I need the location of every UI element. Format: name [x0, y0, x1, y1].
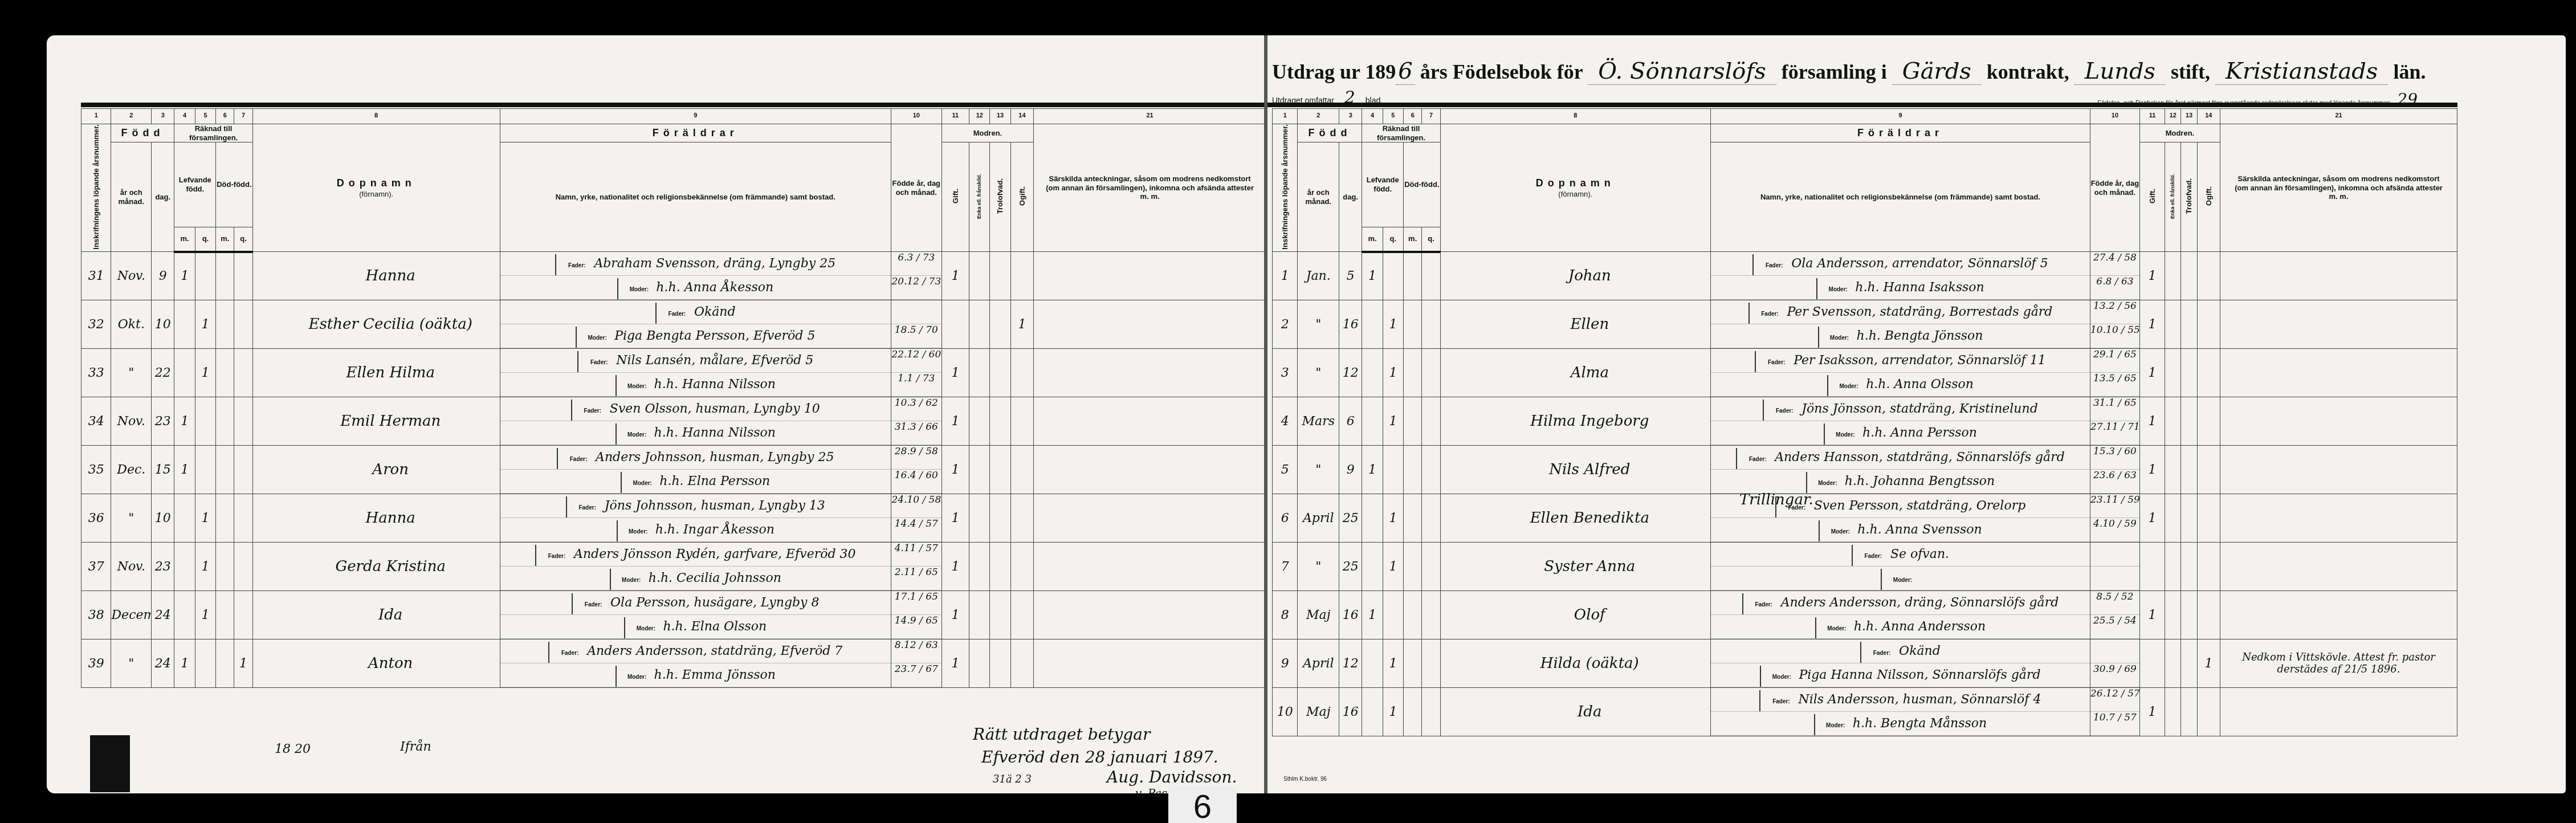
birth-day: 10: [152, 494, 174, 543]
entry-number: 32: [81, 300, 111, 349]
living-female: [1383, 446, 1403, 494]
father-label: Fader:: [1860, 642, 1899, 663]
baptismal-name: Ida: [1440, 688, 1710, 736]
parents: Fader:Ola Persson, husägare, Lyngby 8 Mo…: [500, 591, 891, 639]
mother-dob: 20.12 / 73: [891, 276, 941, 300]
mother-label: Moder:: [621, 472, 659, 494]
birth-day: 10: [152, 300, 174, 349]
mother-married: 1: [2139, 252, 2165, 300]
totals-word: Ifrån: [400, 740, 431, 754]
parents: Fader:Okänd Moder:Piga Bengta Persson, E…: [500, 300, 891, 349]
baptismal-name: Anton: [252, 639, 500, 688]
mother-unmarried: [2197, 252, 2220, 300]
mother: h.h. Hanna Nilsson: [654, 426, 776, 440]
parents: Fader:Anders Hansson, statdräng, Sönnars…: [1710, 446, 2090, 494]
col-foraldrar-sub: Namn, yrke, nationalitet och religionsbe…: [1710, 142, 2090, 252]
title-text: stift,: [2171, 60, 2210, 83]
col-raknad: Räknad till församlingen.: [174, 124, 252, 142]
living-female: 1: [195, 543, 215, 591]
living-female: 1: [1383, 639, 1403, 688]
column-number: 5: [195, 109, 215, 124]
header-rule: [81, 103, 1283, 107]
parents: Fader:Ola Andersson, arrendator, Sönnars…: [1710, 252, 2090, 300]
mother-unmarried: [1010, 639, 1033, 688]
mother: Piga Bengta Persson, Efveröd 5: [614, 329, 815, 343]
living-female: [195, 446, 215, 494]
parents-birthdates: 26.12 / 57 10.7 / 57: [2090, 688, 2140, 736]
column-number: 11: [2139, 109, 2165, 124]
birth-day: 23: [152, 397, 174, 446]
birth-day: 24: [152, 591, 174, 639]
mother: h.h. Ingar Åkesson: [655, 523, 775, 537]
parents: Fader:Anders Johnsson, husman, Lyngby 25…: [500, 446, 891, 494]
father: Jöns Jönsson, statdräng, Kristinelund: [1801, 402, 2038, 416]
mother: h.h. Elna Olsson: [663, 620, 767, 634]
certification-line-1: Rätt utdraget betygar: [973, 725, 1150, 744]
mother-label: Moder:: [1819, 520, 1857, 542]
col-dopnamn: Dopnamn(förnamn).: [252, 124, 500, 252]
living-male: 1: [1362, 591, 1383, 639]
stillborn-male: [216, 252, 234, 300]
father-label: Fader:: [548, 642, 587, 663]
living-male: [1362, 300, 1383, 349]
mother-betrothed: [2181, 252, 2197, 300]
mother-unmarried: [1010, 349, 1033, 397]
col-q: q.: [1422, 227, 1440, 252]
entry-number: 36: [81, 494, 111, 543]
register-entry: 7 " 25 1 Syster Anna Fader:Se ofvan. Mod…: [1273, 543, 2457, 591]
father: Ola Persson, husägare, Lyngby 8: [610, 596, 819, 610]
father-label: Fader:: [1852, 545, 1890, 567]
parents: Fader:Sven Olsson, husman, Lyngby 10 Mod…: [500, 397, 891, 446]
special-notes: [2220, 591, 2457, 639]
stillborn-female: [1422, 543, 1440, 591]
parish-name: Ö. Sönnarslöfs: [1588, 58, 1776, 85]
father: Anders Jönsson Rydén, garfvare, Efveröd …: [574, 547, 855, 561]
mother-married: 1: [941, 349, 969, 397]
mother-unmarried: [1010, 543, 1033, 591]
birth-day: 25: [1339, 543, 1362, 591]
register-entry: 35 Dec. 15 1 Aron Fader:Anders Johnsson,…: [81, 446, 1266, 494]
register-entry: 10 Maj 16 1 Ida Fader:Nils Andersson, hu…: [1273, 688, 2457, 736]
stillborn-male: [216, 349, 234, 397]
baptismal-name: Ellen Benedikta: [1440, 494, 1710, 543]
birth-day: 6: [1339, 397, 1362, 446]
mother-widow: [2165, 349, 2181, 397]
birth-month: Jan.: [1298, 252, 1339, 300]
father-dob: 13.2 / 56: [2090, 300, 2139, 324]
living-male: [1362, 688, 1383, 736]
col-m: m.: [1362, 227, 1383, 252]
stillborn-male: [216, 591, 234, 639]
mother-married: 1: [941, 591, 969, 639]
column-number: 10: [2090, 109, 2140, 124]
entry-number: 2: [1273, 300, 1298, 349]
mother-dob: 10.7 / 57: [2090, 712, 2139, 736]
birth-month: April: [1298, 639, 1339, 688]
mother-widow: [2165, 543, 2181, 591]
mother-dob: 4.10 / 59: [2090, 518, 2139, 542]
stillborn-female: [234, 591, 252, 639]
mother: h.h. Anna Persson: [1862, 426, 1977, 440]
mother-betrothed: [990, 446, 1010, 494]
special-notes: [1034, 349, 1266, 397]
living-male: [174, 494, 195, 543]
signature: Aug. Davidsson.: [1107, 768, 1237, 787]
father-dob: 26.12 / 57: [2090, 688, 2139, 712]
stillborn-male: [1404, 639, 1422, 688]
totals-q: 20: [295, 742, 311, 756]
birth-day: 24: [152, 639, 174, 688]
page-number-tab: 6: [1168, 787, 1237, 823]
column-number: 11: [941, 109, 969, 124]
column-number: 2: [1298, 109, 1339, 124]
mother-betrothed: [990, 494, 1010, 543]
col-ar-manad: år och månad.: [111, 142, 152, 252]
mother: h.h. Cecilia Johnsson: [649, 571, 781, 585]
stillborn-male: [1404, 591, 1422, 639]
father: Nils Andersson, husman, Sönnarslöf 4: [1798, 692, 2041, 707]
father-label: Fader:: [557, 448, 596, 470]
father-dob: 4.11 / 57: [891, 543, 941, 567]
living-female: 1: [1383, 688, 1403, 736]
baptismal-name: Ida: [252, 591, 500, 639]
special-notes: [1034, 543, 1266, 591]
special-notes: [1034, 446, 1266, 494]
father-dob: 31.1 / 65: [2090, 397, 2139, 421]
parents-birthdates: 6.3 / 73 20.12 / 73: [891, 252, 941, 300]
mother-label: Moder:: [616, 375, 654, 397]
special-notes: Nedkom i Vittskövle. Attest fr. pastor d…: [2220, 639, 2457, 688]
mother-label: Moder:: [576, 327, 614, 348]
register-entry: 37 Nov. 23 1 Gerda Kristina Fader:Anders…: [81, 543, 1266, 591]
col-ogift: Ogift.: [2197, 142, 2220, 252]
mother-unmarried: [1010, 252, 1033, 300]
parents: Fader:Anders Andersson, statdräng, Efver…: [500, 639, 891, 688]
mother-unmarried: [2197, 446, 2220, 494]
col-ogift: Ogift.: [1010, 142, 1033, 252]
col-trolofvad: Trolofvad.: [990, 142, 1010, 252]
birth-month: ": [111, 494, 152, 543]
special-notes: [1034, 591, 1266, 639]
mother-betrothed: [2181, 397, 2197, 446]
birth-month: Nov.: [111, 252, 152, 300]
mother-betrothed: [990, 543, 1010, 591]
col-q: q.: [234, 227, 252, 252]
parents-birthdates: 23.11 / 59 4.10 / 59: [2090, 494, 2140, 543]
column-number: 21: [2220, 109, 2457, 124]
column-number: 8: [1440, 109, 1710, 124]
entry-number: 1: [1273, 252, 1298, 300]
mother-label: Moder:: [1806, 472, 1845, 494]
special-notes: [2220, 688, 2457, 736]
mother-unmarried: [2197, 688, 2220, 736]
mother-widow: [2165, 300, 2181, 349]
totals-m: 18: [275, 742, 291, 756]
page-clip: [90, 735, 130, 792]
father: Okänd: [694, 305, 736, 319]
living-female: 1: [1383, 397, 1403, 446]
father-label: Fader:: [535, 545, 574, 567]
column-number: 6: [1404, 109, 1422, 124]
mother-label: Moder:: [617, 520, 655, 542]
mother-widow: [969, 349, 990, 397]
entry-number: 34: [81, 397, 111, 446]
parents-birthdates: 13.2 / 56 10.10 / 55: [2090, 300, 2140, 349]
living-female: [195, 639, 215, 688]
col-foraldrar: Föräldrar: [1710, 124, 2090, 142]
living-male: [1362, 349, 1383, 397]
col-enka: Enka ell. frånskild.: [2165, 142, 2181, 252]
father: Anders Johnsson, husman, Lyngby 25: [596, 450, 834, 465]
col-dag: dag.: [152, 142, 174, 252]
father-label: Fader:: [577, 351, 616, 373]
mother-unmarried: [2197, 591, 2220, 639]
mother-unmarried: 1: [1010, 300, 1033, 349]
book-spine: [1264, 35, 1267, 793]
birth-day: 5: [1339, 252, 1362, 300]
father-dob: 27.4 / 58: [2090, 252, 2139, 276]
mother-dob: 23.6 / 63: [2090, 470, 2139, 494]
register-entry: 34 Nov. 23 1 Emil Herman Fader:Sven Olss…: [81, 397, 1266, 446]
right-page: Utdrag ur 1896 års Födelsebok för Ö. Sön…: [1272, 35, 2457, 776]
special-notes: [2220, 446, 2457, 494]
title-text: församling i: [1782, 60, 1887, 83]
parents-birthdates: 29.1 / 65 13.5 / 65: [2090, 349, 2140, 397]
title-text: års Födelsebok för: [1420, 60, 1583, 83]
living-female: 1: [195, 300, 215, 349]
birth-day: 16: [1339, 591, 1362, 639]
father: Per Isaksson, arrendator, Sönnarslöf 11: [1794, 353, 2045, 368]
mother-dob: 14.9 / 65: [891, 615, 941, 639]
mother-betrothed: [990, 252, 1010, 300]
col-trolofvad: Trolofvad.: [2181, 142, 2197, 252]
mother-widow: [969, 639, 990, 688]
father: Ola Andersson, arrendator, Sönnarslöf 5: [1791, 256, 2048, 271]
mother-label: Moder:: [624, 617, 663, 639]
mother-unmarried: [2197, 494, 2220, 543]
birth-day: 22: [152, 349, 174, 397]
mother: h.h. Elna Persson: [659, 474, 770, 488]
header-rule: [1272, 103, 2457, 107]
mother-dob: 2.11 / 65: [891, 567, 941, 590]
stillborn-female: [1422, 349, 1440, 397]
col-enka: Enka ell. frånskild.: [969, 142, 990, 252]
parents: Fader:Abraham Svensson, dräng, Lyngby 25…: [500, 252, 891, 300]
register-entry: 39 " 24 1 1 Anton Fader:Anders Andersson…: [81, 639, 1266, 688]
mother-label: Moder:: [1881, 569, 1919, 590]
entry-number: 31: [81, 252, 111, 300]
certification-line-2: Efveröd den 28 januari 1897.: [981, 748, 1218, 767]
parents-birthdates: 8.12 / 63 23.7 / 67: [891, 639, 941, 688]
entry-number: 38: [81, 591, 111, 639]
mother-betrothed: [990, 397, 1010, 446]
father-label: Fader:: [1759, 690, 1798, 712]
birth-day: 23: [152, 543, 174, 591]
parents-birthdates: 17.1 / 65 14.9 / 65: [891, 591, 941, 639]
register-entry: 9 April 12 1 Hilda (oäkta) Fader:Okänd M…: [1273, 639, 2457, 688]
stillborn-female: [234, 494, 252, 543]
parents-birthdates: 28.9 / 58 16.4 / 60: [891, 446, 941, 494]
mother-dob: 25.5 / 54: [2090, 615, 2139, 639]
father-label: Fader:: [1752, 254, 1791, 276]
parents-birthdates: 22.12 / 60 1.1 / 73: [891, 349, 941, 397]
entry-number: 37: [81, 543, 111, 591]
mother-widow: [969, 494, 990, 543]
mother-unmarried: [1010, 591, 1033, 639]
father-label: Fader:: [1742, 593, 1781, 615]
column-number: 21: [1034, 109, 1266, 124]
column-number: 1: [1273, 109, 1298, 124]
col-modren: Modren.: [941, 124, 1033, 142]
special-notes: [2220, 349, 2457, 397]
special-notes: [2220, 494, 2457, 543]
stillborn-female: [234, 397, 252, 446]
mother-married: 1: [941, 252, 969, 300]
parents-birthdates: [2090, 543, 2140, 591]
entry-number: 7: [1273, 543, 1298, 591]
baptismal-name: Hanna: [252, 252, 500, 300]
parents-birthdates: 18.5 / 70: [891, 300, 941, 349]
living-female: 1: [195, 349, 215, 397]
stillborn-male: [216, 494, 234, 543]
father-dob: 8.5 / 52: [2090, 591, 2139, 615]
mother-widow: [969, 397, 990, 446]
mother-dob: 10.10 / 55: [2090, 324, 2139, 348]
mother-married: 1: [2139, 349, 2165, 397]
birth-day: 12: [1339, 349, 1362, 397]
mother: h.h. Emma Jönsson: [654, 668, 776, 682]
col-dodfodd: Död-född.: [1404, 142, 1441, 227]
mother-unmarried: [1010, 397, 1033, 446]
entry-number: 9: [1273, 639, 1298, 688]
father-dob: [2090, 639, 2139, 663]
mother-betrothed: [990, 639, 1010, 688]
mother-betrothed: [2181, 446, 2197, 494]
col-m: m.: [216, 227, 234, 252]
register-entry: 3 " 12 1 Alma Fader:Per Isaksson, arrend…: [1273, 349, 2457, 397]
col-foraldrar: Föräldrar: [500, 124, 891, 142]
mother-widow: [969, 446, 990, 494]
mother-married: 1: [2139, 494, 2165, 543]
col-sarskilda: Särskilda anteckningar, såsom om modrens…: [2220, 124, 2457, 252]
father-dob: 23.11 / 59: [2090, 494, 2139, 518]
birth-month: ": [1298, 300, 1339, 349]
column-number: 4: [1362, 109, 1383, 124]
birth-day: 16: [1339, 300, 1362, 349]
living-male: [174, 300, 195, 349]
mother-married: 1: [941, 446, 969, 494]
mother-betrothed: [2181, 543, 2197, 591]
column-number: 9: [1710, 109, 2090, 124]
column-number: 12: [2165, 109, 2181, 124]
father-dob: 28.9 / 58: [891, 446, 941, 470]
stillborn-female: [234, 300, 252, 349]
father: Anders Andersson, statdräng, Efveröd 7: [587, 644, 842, 658]
birth-month: Okt.: [111, 300, 152, 349]
birth-day: 12: [1339, 639, 1362, 688]
birth-month: Maj: [1298, 688, 1339, 736]
mother-widow: [2165, 397, 2181, 446]
column-number: 13: [990, 109, 1010, 124]
parents: Fader:Jöns Johnsson, husman, Lyngby 13 M…: [500, 494, 891, 543]
mother-widow: [969, 543, 990, 591]
mother-widow: [969, 300, 990, 349]
father-label: Fader:: [1755, 351, 1794, 373]
parents-birthdates: 4.11 / 57 2.11 / 65: [891, 543, 941, 591]
mother-label: Moder:: [617, 278, 656, 300]
mother: h.h. Hanna Isaksson: [1855, 280, 1984, 295]
father-dob: 8.12 / 63: [891, 639, 941, 663]
mother-married: 1: [941, 397, 969, 446]
baptismal-name: Aron: [252, 446, 500, 494]
stillborn-female: [1422, 494, 1440, 543]
mother-widow: [2165, 639, 2181, 688]
special-notes: [1034, 300, 1266, 349]
title-text: län.: [2393, 60, 2426, 83]
mother-label: Moder:: [1815, 617, 1854, 639]
register-entry: 36 " 10 1 Hanna Fader:Jöns Johnsson, hus…: [81, 494, 1266, 543]
col-raknad: Räknad till församlingen.: [1362, 124, 1440, 142]
birth-month: Dec.: [111, 446, 152, 494]
parents: Fader:Anders Jönsson Rydén, garfvare, Ef…: [500, 543, 891, 591]
father-dob: 17.1 / 65: [891, 591, 941, 615]
entry-number: 3: [1273, 349, 1298, 397]
parents-birthdates: 24.10 / 58 14.4 / 57: [891, 494, 941, 543]
mother-dob: 31.3 / 66: [891, 421, 941, 445]
col-fodde: Födde år, dag och månad.: [891, 124, 941, 252]
col-m: m.: [174, 227, 195, 252]
parents: Fader:Nils Lansén, målare, Efveröd 5 Mod…: [500, 349, 891, 397]
stillborn-male: [1404, 397, 1422, 446]
parents-birthdates: 10.3 / 62 31.3 / 66: [891, 397, 941, 446]
col-lefvande: Lefvande född.: [1362, 142, 1404, 227]
mother-dob: 30.9 / 69: [2090, 663, 2139, 687]
mother-dob: 16.4 / 60: [891, 470, 941, 494]
baptismal-name: Johan: [1440, 252, 1710, 300]
mother-married: 1: [2139, 591, 2165, 639]
parents: Fader:Per Isaksson, arrendator, Sönnarsl…: [1710, 349, 2090, 397]
stillborn-male: [216, 639, 234, 688]
column-number: 10: [891, 109, 941, 124]
mother-label: Moder:: [1818, 327, 1857, 348]
col-m: m.: [1404, 227, 1422, 252]
mother-married: 1: [2139, 300, 2165, 349]
parents: Fader:Anders Andersson, dräng, Sönnarslö…: [1710, 591, 2090, 639]
mother-dob: [2090, 567, 2139, 590]
column-number: 14: [1010, 109, 1033, 124]
birth-day: 16: [1339, 688, 1362, 736]
col-fodd: Född: [1298, 124, 1362, 142]
mother: h.h. Anna Svensson: [1857, 523, 1982, 537]
baptismal-name: Alma: [1440, 349, 1710, 397]
col-q: q.: [195, 227, 215, 252]
entry-number: 10: [1273, 688, 1298, 736]
mother: h.h. Anna Åkesson: [656, 280, 773, 295]
stillborn-female: [1422, 397, 1440, 446]
father: Se ofvan.: [1890, 547, 1949, 561]
parents: Fader:Okänd Moder:Piga Hanna Nilsson, Sö…: [1710, 639, 2090, 688]
parents: Fader:Se ofvan. Moder:: [1710, 543, 2090, 591]
mother-widow: [2165, 252, 2181, 300]
register-entry: 6 April 25 1 Ellen Benedikta Fader:Sven …: [1273, 494, 2457, 543]
stillborn-male: [1404, 446, 1422, 494]
stillborn-male: [1404, 252, 1422, 300]
register-book: 123456789101112131421 Inskrifningens löp…: [47, 35, 2566, 793]
stillborn-male: [216, 543, 234, 591]
baptismal-name: Ellen: [1440, 300, 1710, 349]
mother-widow: [969, 591, 990, 639]
